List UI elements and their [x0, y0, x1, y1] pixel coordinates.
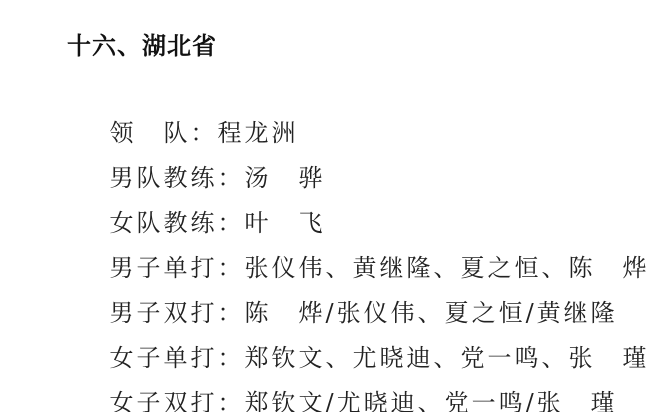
row-label: 女子单打： [110, 344, 245, 372]
row-value: 汤 骅 [245, 164, 326, 192]
row-label: 男子双打： [110, 299, 245, 327]
section-title: 十六、湖北省 [67, 26, 650, 66]
row-label: 女子双打： [110, 389, 245, 412]
row-label: 男子单打： [110, 254, 245, 282]
row-value: 程龙洲 [218, 119, 299, 147]
row-label: 女队教练： [110, 209, 245, 237]
row-value: 叶 飞 [245, 209, 326, 237]
row-label: 领 队： [110, 119, 218, 147]
team-roster-document: 十六、湖北省 领 队：程龙洲 男队教练：汤 骅 女队教练：叶 飞 男子单打：张仪… [67, 26, 650, 381]
row-value: 郑钦文、尤晓迪、党一鸣、张 瑾 [245, 344, 650, 372]
row-label: 男队教练： [110, 164, 245, 192]
row-value: 陈 烨/张仪伟、夏之恒/黄继隆 [245, 299, 618, 327]
roster-row-team-leader: 领 队：程龙洲 [67, 66, 650, 111]
row-value: 张仪伟、黄继隆、夏之恒、陈 烨 [245, 254, 650, 282]
row-value: 郑钦文/尤晓迪、党一鸣/张 瑾 [245, 389, 618, 412]
